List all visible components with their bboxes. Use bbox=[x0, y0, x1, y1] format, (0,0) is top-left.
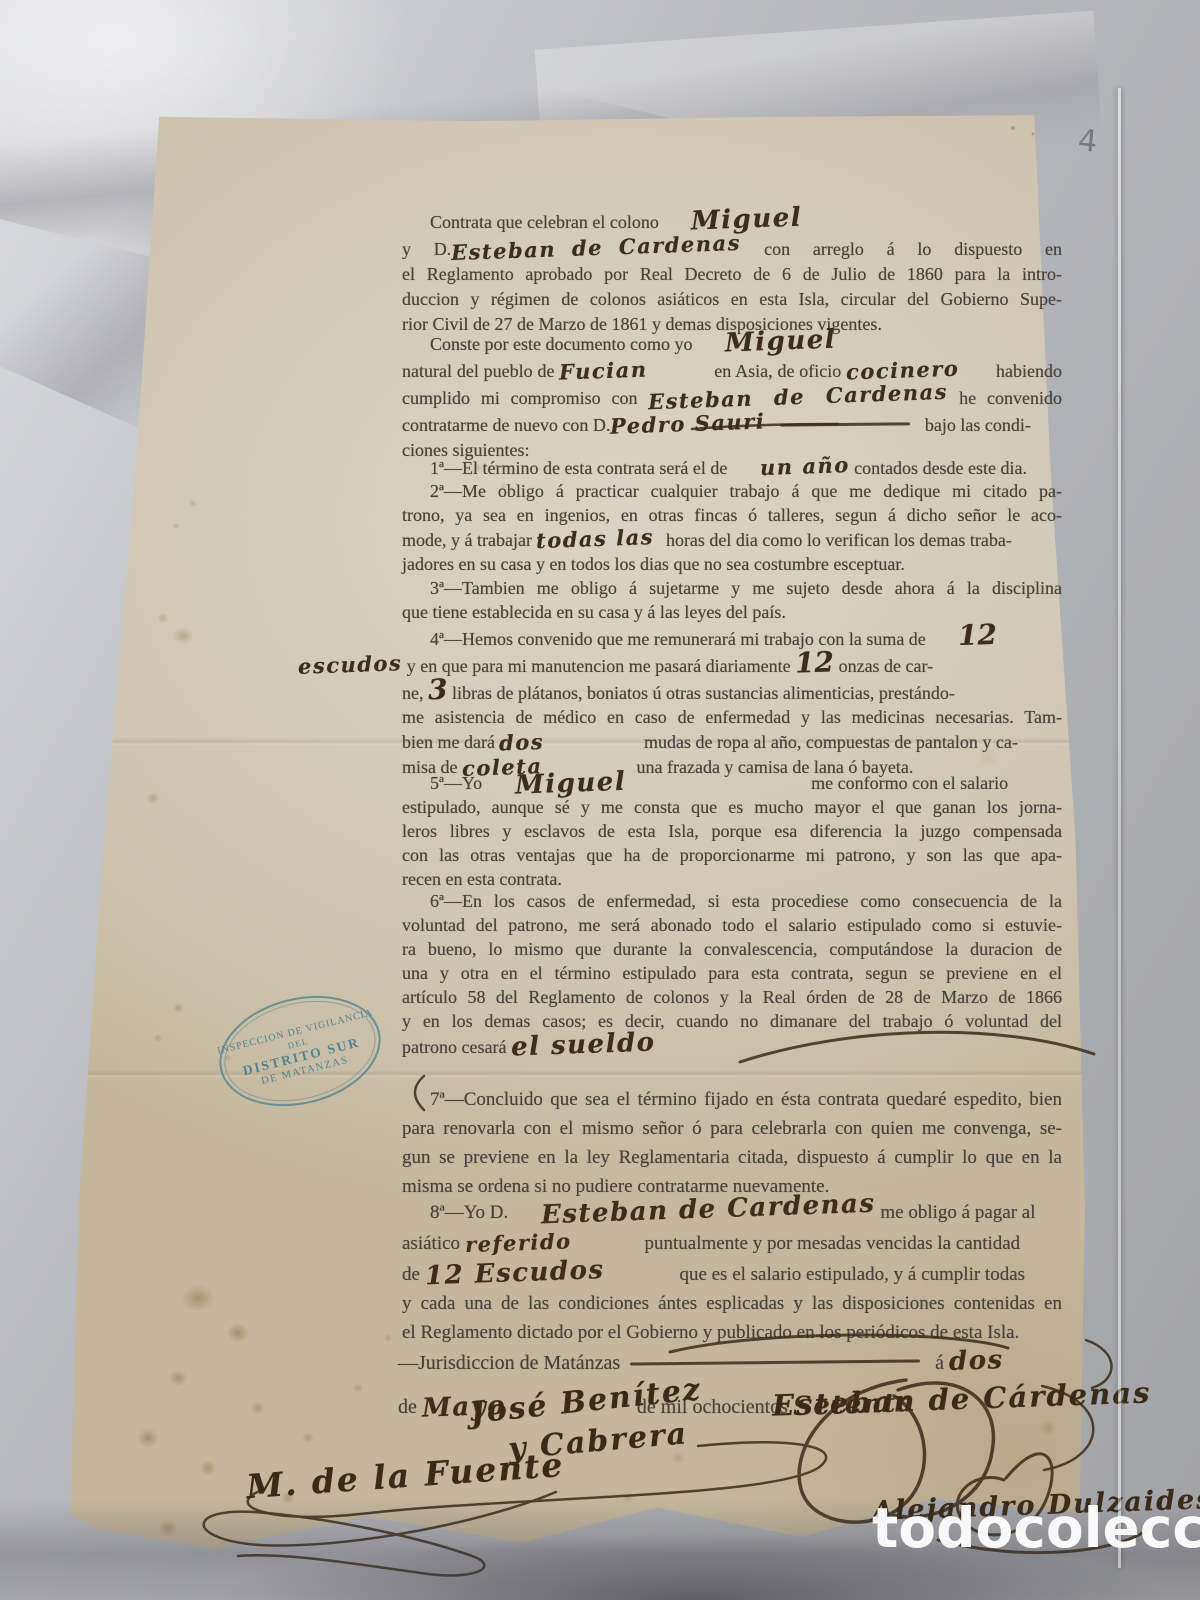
signature-3: Esteban de Cárdenas bbox=[772, 1375, 1152, 1422]
site-watermark: todocoleccion bbox=[872, 1496, 1200, 1560]
signature-area: José Benítezy CabreraEsteban de Cárdenas… bbox=[0, 0, 1200, 1600]
photo-of-document: JURISDICCION DE MATANZAS. 4 Contrata que… bbox=[0, 0, 1200, 1600]
signature-4: M. de la Fuente bbox=[245, 1445, 565, 1506]
plastic-sleeve-edge bbox=[1118, 88, 1121, 1568]
